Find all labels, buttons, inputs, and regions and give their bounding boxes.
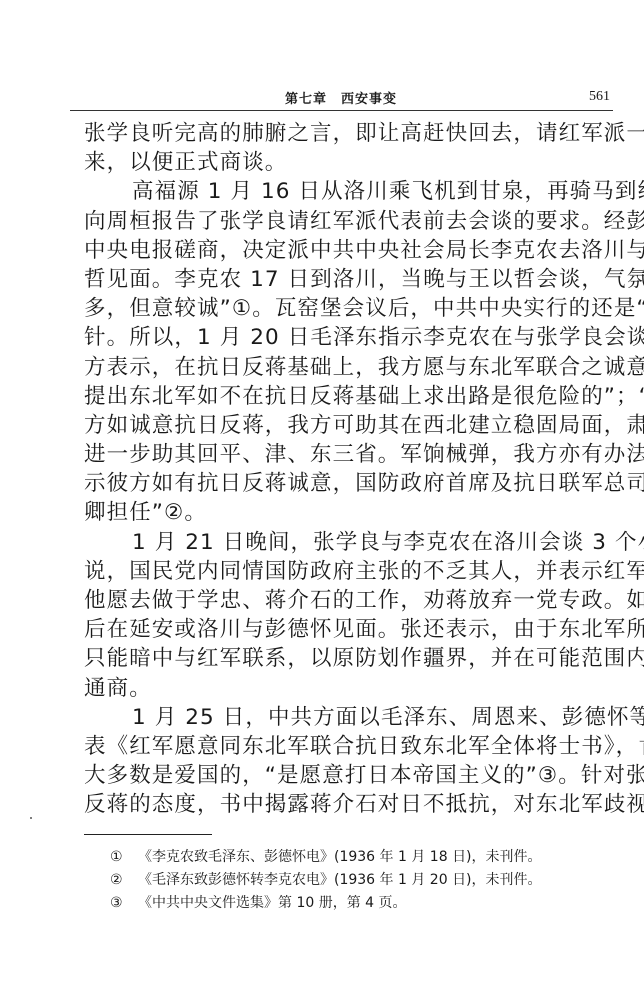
text-line: 方表示，在抗日反蒋基础上，我方愿与东北军联合之诚意”；“(乙)向彼 xyxy=(84,353,614,382)
text-line: 通商。 xyxy=(84,674,614,703)
text-line: 反蒋的态度，书中揭露蒋介石对日不抵抗，对东北军歧视压迫，并强调 xyxy=(84,790,614,819)
text-line: 示彼方如有抗日反蒋诚意，国防政府首席及抗日联军总司令可推张汉 xyxy=(84,469,614,498)
footnote-text: 《李克农致毛泽东、彭德怀电》(1936 年 1 月 18 日)，未刊件。 xyxy=(138,849,542,865)
body-text: 张学良听完高的肺腑之言，即让高赶快回去，请红军派一位正式代表来，以便正式商谈。高… xyxy=(84,119,614,820)
text-line: 卿担任”②。 xyxy=(84,498,614,527)
text-line: 中央电报磋商，决定派中共中央社会局长李克农去洛川与张学良、王以 xyxy=(84,236,614,265)
text-line: 来，以便正式商谈。 xyxy=(84,148,614,177)
footnotes: ①《李克农致毛泽东、彭德怀电》(1936 年 1 月 18 日)，未刊件。②《毛… xyxy=(110,846,610,915)
footnote-rule xyxy=(84,834,212,835)
footnote: ③《中共中央文件选集》第 10 册，第 4 页。 xyxy=(110,892,610,915)
text-line: 他愿去做于学忠、蒋介石的工作，劝蒋放弃一党专政。如有成效，两周 xyxy=(84,586,614,615)
text-line: 说，国民党内同情国防政府主张的不乏其人，并表示红军如真有诚意， xyxy=(84,557,614,586)
text-line: 后在延安或洛川与彭德怀见面。张还表示，由于东北军所处环境，目前 xyxy=(84,615,614,644)
text-line: 哲见面。李克农 17 日到洛川，当晚与王以哲会谈，气氛融洽，“内容不 xyxy=(84,265,614,294)
text-line: 针。所以，1 月 20 日毛泽东指示李克农在与张学良会谈时：“(甲)向彼 xyxy=(84,323,614,352)
footnote-mark: ① xyxy=(110,846,138,869)
page-number: 561 xyxy=(589,89,610,105)
text-line: 张学良听完高的肺腑之言，即让高赶快回去，请红军派一位正式代表 xyxy=(84,119,614,148)
scan-speck xyxy=(30,817,32,819)
text-line: 大多数是爱国的，“是愿意打日本帝国主义的”③。针对张学良反日不 xyxy=(84,761,614,790)
header-rule xyxy=(70,110,613,111)
text-line: 1 月 21 日晚间，张学良与李克农在洛川会谈 3 个小时。张透露 xyxy=(84,528,614,557)
text-line: 高福源 1 月 16 日从洛川乘飞机到甘泉，再骑马到红军前方总部， xyxy=(84,177,614,206)
footnote: ②《毛泽东致彭德怀转李克农电》(1936 年 1 月 20 日)，未刊件。 xyxy=(110,869,610,892)
footnote-mark: ② xyxy=(110,869,138,892)
text-line: 只能暗中与红军联系，以原防划作疆界，并在可能范围内恢复经济 xyxy=(84,644,614,673)
text-line: 提出东北军如不在抗日反蒋基础上求出路是很危险的”；“(丙)暗示彼 xyxy=(84,382,614,411)
footnote-mark: ③ xyxy=(110,892,138,915)
text-line: 多，但意较诚”①。瓦窑堡会议后，中共中央实行的还是“抗日反蒋”方 xyxy=(84,294,614,323)
text-line: 表《红军愿意同东北军联合抗日致东北军全体将士书》，肯定东北军绝 xyxy=(84,732,614,761)
text-line: 向周桓报告了张学良请红军派代表前去会谈的要求。经彭德怀与中共 xyxy=(84,207,614,236)
text-line: 1 月 25 日，中共方面以毛泽东、周恩来、彭德怀等红军将领名义发 xyxy=(84,703,614,732)
running-header: 第七章 西安事变 561 xyxy=(70,88,612,110)
footnote-text: 《毛泽东致彭德怀转李克农电》(1936 年 1 月 20 日)，未刊件。 xyxy=(138,872,542,888)
footnote: ①《李克农致毛泽东、彭德怀电》(1936 年 1 月 18 日)，未刊件。 xyxy=(110,846,610,869)
chapter-title: 第七章 西安事变 xyxy=(70,88,612,107)
text-line: 进一步助其回平、津、东三省。军饷械弹，我方亦有办法助其解决，并暗 xyxy=(84,440,614,469)
footnote-text: 《中共中央文件选集》第 10 册，第 4 页。 xyxy=(138,895,407,911)
text-line: 方如诚意抗日反蒋，我方可助其在西北建立稳固局面，肃清蒋系势力， xyxy=(84,411,614,440)
